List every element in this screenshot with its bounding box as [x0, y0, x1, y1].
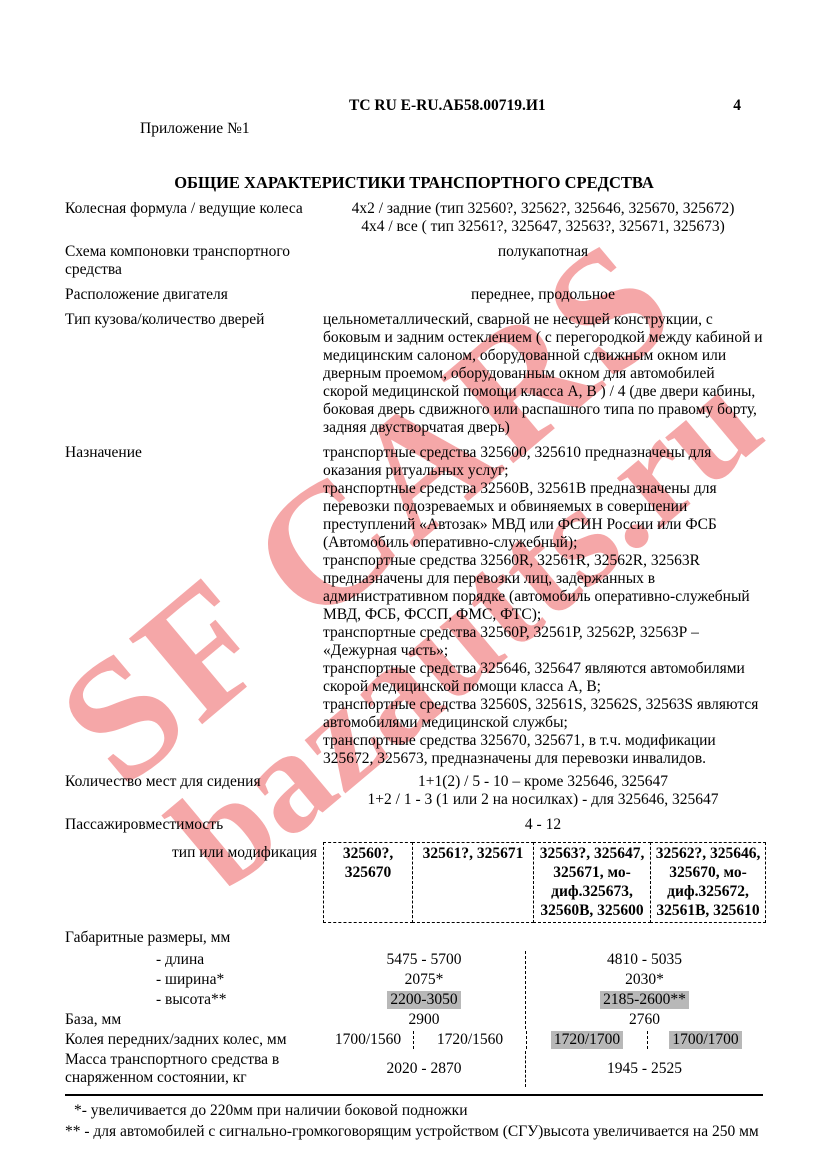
type-table-cell: 32562?, 325646, 325670, мо- диф.325672, … [650, 842, 766, 923]
dim-label: - высота** [65, 991, 323, 1009]
dim-row-curb-weight: Масса транспортного средства в снаряженн… [65, 1051, 763, 1087]
dim-label: Колея передних/задних колес, мм [65, 1031, 323, 1049]
height-right-value: 2185-2600** [525, 991, 763, 1009]
track-value-2: 1720/1560 [413, 1031, 526, 1049]
horizontal-rule [65, 1094, 763, 1096]
page-title: ОБЩИЕ ХАРАКТЕРИСТИКИ ТРАНСПОРТНОГО СРЕДС… [65, 174, 763, 192]
highlighted-value: 1700/1700 [669, 1031, 741, 1049]
row-engine-location: Расположение двигателя переднее, продоль… [65, 286, 763, 304]
dim-label: - длина [65, 951, 323, 969]
row-label: Количество мест для сидения [65, 773, 323, 809]
annex-label: Приложение №1 [140, 120, 763, 138]
footnote: *- увеличивается до 220мм при наличии бо… [65, 1102, 763, 1120]
document-header: ТС RU Е-RU.АБ58.00719.И1 4 [65, 97, 763, 115]
dim-label: База, мм [65, 1011, 323, 1029]
type-table-cell: 32561?, 325671 [412, 842, 534, 923]
type-table-label: тип или модификация [65, 842, 323, 923]
row-value: 4 - 12 [323, 816, 763, 834]
dim-row-length: - длина 5475 - 5700 4810 - 5035 [65, 951, 763, 969]
row-layout-scheme: Схема компоновки транспортного средства … [65, 243, 763, 279]
wheel-formula-line-1: 4х2 / задние (тип 32560?, 32562?, 325646… [323, 200, 763, 218]
length-right-value: 4810 - 5035 [525, 951, 763, 969]
row-value: 1+1(2) / 5 - 10 – кроме 325646, 325647 1… [323, 773, 763, 809]
height-left-value: 2200-3050 [323, 991, 525, 1009]
highlighted-value: 2200-3050 [387, 991, 460, 1009]
width-right-value: 2030* [525, 971, 763, 989]
row-passenger-capacity: Пассажировместимость 4 - 12 [65, 816, 763, 834]
row-value: переднее, продольное [323, 286, 763, 304]
type-table-cell: 32563?, 325647, 325671, мо- диф.325673, … [533, 842, 651, 923]
row-value: полукапотная [323, 243, 763, 279]
purpose-paragraph: транспортные средства 32560В, 32561В пре… [323, 480, 763, 552]
dim-row-height: - высота** 2200-3050 2185-2600** [65, 991, 763, 1009]
dim-label: - ширина* [65, 971, 323, 989]
type-modification-table: 32560?, 325670 32561?, 325671 32563?, 32… [323, 842, 766, 923]
row-label: Схема компоновки транспортного средства [65, 243, 323, 279]
purpose-paragraph: транспортные средства 32560S, 32561S, 32… [323, 696, 763, 732]
dim-values: 2020 - 2870 1945 - 2525 [323, 1051, 763, 1087]
dim-row-track: Колея передних/задних колес, мм 1700/156… [65, 1031, 763, 1049]
track-value-4: 1700/1700 [647, 1031, 763, 1049]
length-left-value: 5475 - 5700 [323, 951, 525, 969]
row-body-type: Тип кузова/количество дверей цельнометал… [65, 311, 763, 437]
footnote: ** - для автомобилей с сигнально-громког… [65, 1123, 763, 1141]
purpose-paragraph: транспортные средства 32560Р, 32561Р, 32… [323, 624, 763, 660]
purpose-paragraph: транспортные средства 325600, 325610 пре… [323, 444, 763, 480]
row-value: цельнометаллический, сварной не несущей … [323, 311, 763, 437]
dim-values: 2900 2760 [323, 1011, 763, 1029]
type-table-cell: 32560?, 325670 [323, 842, 413, 923]
highlighted-value: 2185-2600** [600, 991, 689, 1009]
row-label: Назначение [65, 444, 323, 768]
row-value: 4х2 / задние (тип 32560?, 32562?, 325646… [323, 200, 763, 236]
purpose-paragraph: транспортные средства 325670, 325671, в … [323, 732, 763, 768]
curb-weight-right-value: 1945 - 2525 [525, 1051, 763, 1087]
seating-line-1: 1+1(2) / 5 - 10 – кроме 325646, 325647 [323, 773, 763, 791]
row-seating: Количество мест для сидения 1+1(2) / 5 -… [65, 773, 763, 809]
base-left-value: 2900 [323, 1011, 525, 1029]
row-value: транспортные средства 325600, 325610 пре… [323, 444, 763, 768]
type-modification-row: тип или модификация 32560?, 325670 32561… [65, 842, 763, 923]
highlighted-value: 1720/1700 [551, 1031, 623, 1049]
dim-values: 5475 - 5700 4810 - 5035 [323, 951, 763, 969]
page-number: 4 [733, 97, 741, 115]
document-content: ТС RU Е-RU.АБ58.00719.И1 4 Приложение №1… [0, 0, 827, 1141]
row-purpose: Назначение транспортные средства 325600,… [65, 444, 763, 768]
width-left-value: 2075* [323, 971, 525, 989]
track-value-1: 1700/1560 [323, 1031, 413, 1049]
wheel-formula-line-2: 4х4 / все ( тип 32561?, 325647, 32563?, … [323, 218, 763, 236]
seating-line-2: 1+2 / 1 - 3 (1 или 2 на носилках) - для … [323, 791, 763, 809]
row-label: Тип кузова/количество дверей [65, 311, 323, 437]
row-label: Расположение двигателя [65, 286, 323, 304]
purpose-paragraph: транспортные средства 325646, 325647 явл… [323, 660, 763, 696]
dim-values: 2200-3050 2185-2600** [323, 991, 763, 1009]
purpose-paragraph: транспортные средства 32560R, 32561R, 32… [323, 552, 763, 624]
row-label: Колесная формула / ведущие колеса [65, 200, 323, 236]
dim-values: 2075* 2030* [323, 971, 763, 989]
dim-row-width: - ширина* 2075* 2030* [65, 971, 763, 989]
document-page: SF CARS bazautts.ru ТС RU Е-RU.АБ58.0071… [0, 0, 827, 1170]
curb-weight-left-value: 2020 - 2870 [323, 1051, 525, 1087]
row-wheel-formula: Колесная формула / ведущие колеса 4х2 / … [65, 200, 763, 236]
base-right-value: 2760 [525, 1011, 763, 1029]
dim-row-base: База, мм 2900 2760 [65, 1011, 763, 1029]
dimensions-section-label: Габаритные размеры, мм [65, 929, 763, 947]
dim-values: 1700/1560 1720/1560 1720/1700 1700/1700 [323, 1031, 763, 1049]
dim-label: Масса транспортного средства в снаряженн… [65, 1051, 323, 1087]
row-label: Пассажировместимость [65, 816, 323, 834]
doc-number: ТС RU Е-RU.АБ58.00719.И1 [349, 97, 546, 115]
track-value-3: 1720/1700 [526, 1031, 647, 1049]
